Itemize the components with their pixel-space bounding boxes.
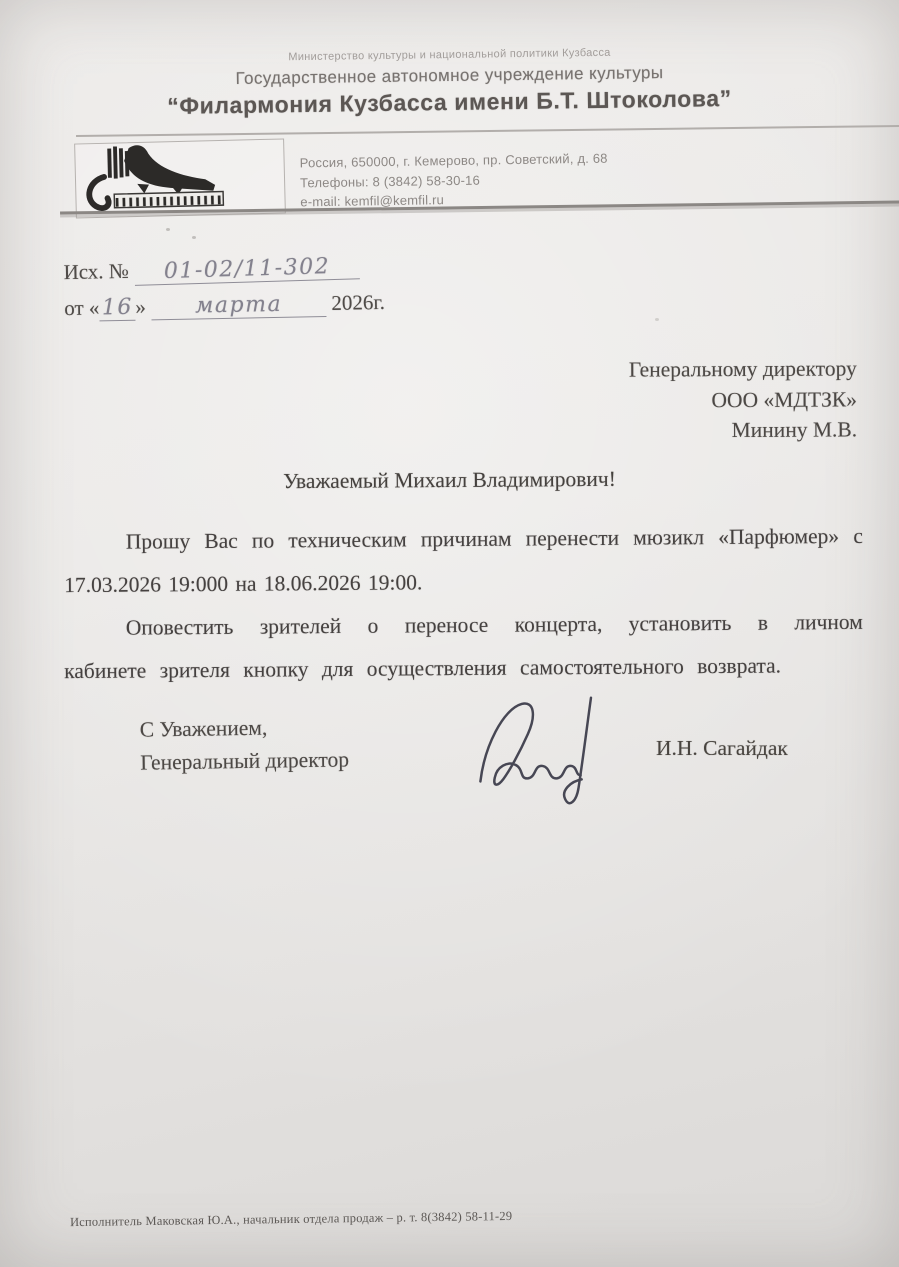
- salutation: Уважаемый Михаил Владимирович!: [0, 465, 899, 496]
- date-quote-close: »: [135, 295, 146, 319]
- date-prefix: от «: [64, 295, 100, 320]
- signoff-respect: С Уважением,: [139, 710, 348, 747]
- reference-block: Исх. № 01-02/11-302 от «16» марта 2026г.: [63, 254, 385, 332]
- body-paragraph-2: Оповестить зрителей о переносе концерта,…: [64, 601, 864, 694]
- contact-block: Россия, 650000, г. Кемерово, пр. Советск…: [300, 149, 609, 212]
- scan-speck: [166, 228, 170, 231]
- scanned-letter-page: Министерство культуры и национальной пол…: [0, 0, 899, 1267]
- body-paragraph-1: Прошу Вас по техническим причинам перене…: [64, 515, 864, 608]
- date-year: 2026г.: [331, 290, 385, 315]
- handwritten-signature-icon: [468, 692, 623, 812]
- outgoing-number-handwritten: 01-02/11-302: [134, 253, 360, 286]
- signoff-position: Генеральный директор: [140, 744, 349, 781]
- scan-speck: [655, 318, 659, 321]
- outgoing-label: Исх. №: [63, 259, 129, 284]
- date-month-handwritten: марта: [151, 291, 326, 320]
- addressee-company: ООО «МДТЗК»: [629, 384, 857, 416]
- scan-speck: [192, 236, 196, 239]
- date-row: от «16» марта 2026г.: [64, 290, 385, 332]
- letterhead-divider-top: [76, 125, 899, 137]
- signoff-block: С Уважением, Генеральный директор: [139, 710, 349, 780]
- addressee-name: Минину М.В.: [629, 414, 857, 446]
- addressee-position: Генеральному директору: [629, 353, 857, 385]
- outgoing-number-row: Исх. № 01-02/11-302: [63, 254, 384, 296]
- addressee-block: Генеральному директору ООО «МДТЗК» Минин…: [629, 353, 857, 446]
- grand-piano-logo-icon: [74, 138, 286, 218]
- executor-line: Исполнитель Маковская Ю.А., начальник от…: [70, 1209, 512, 1230]
- date-day-handwritten: 16: [99, 295, 135, 322]
- signer-name: И.Н. Сагайдак: [656, 736, 788, 761]
